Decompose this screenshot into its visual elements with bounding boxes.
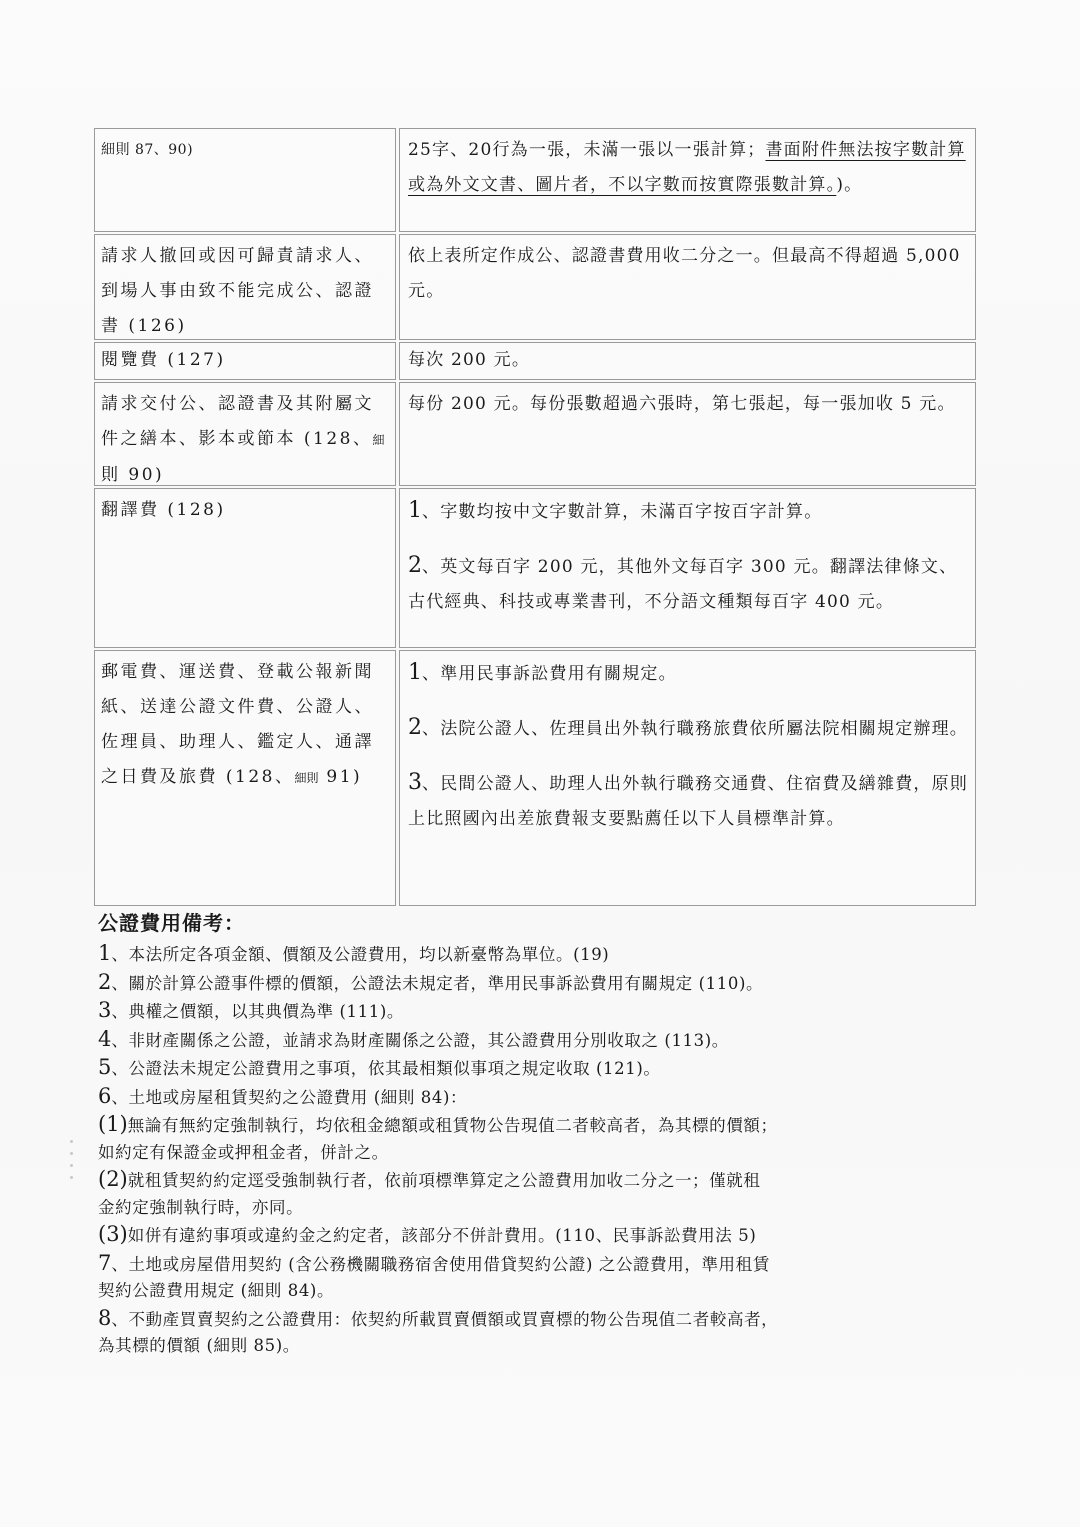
fee-item-label: 翻譯費 (128) [101,493,389,528]
fee-item-label: 細則 87、90) [101,133,389,168]
fee-description: 依上表所定作成公、認證書費用收二分之一。但最高不得超過 5,000 元。 [408,239,969,309]
remark-subline: (2)就租賃契約約定逕受強制執行者，依前項標準算定之公證費用加收二分之一；僅就租 [98,1166,978,1195]
remark-line: 1、本法所定各項金額、價額及公證費用，均以新臺幣為單位。(19) [98,940,978,969]
fee-description: 每次 200 元。 [408,343,969,378]
fee-item-label: 請求交付公、認證書及其附屬文件之繕本、影本或節本 (128、細則 90) [101,387,389,493]
scan-artifact [70,1140,73,1143]
scan-artifact [70,1152,73,1155]
table-row: 請求交付公、認證書及其附屬文件之繕本、影本或節本 (128、細則 90) 每份 … [94,382,976,486]
fee-clause: 1、字數均按中文字數計算，未滿百字按百字計算。 [408,493,969,530]
notary-fee-table: 細則 87、90) 25字、20行為一張，未滿一張以一張計算；書面附件無法按字數… [94,128,976,908]
fee-description: 每份 200 元。每份張數超過六張時，第七張起，每一張加收 5 元。 [408,387,969,422]
fee-item-label: 請求人撤回或因可歸責請求人、到場人事由致不能完成公、認證書 (126) [101,239,389,344]
fee-description: 1、準用民事訴訟費用有關規定。 2、法院公證人、佐理員出外執行職務旅費依所屬法院… [408,655,969,837]
remark-subline: (3)如併有違約事項或違約金之約定者，該部分不併計費用。(110、民事訴訟費用法… [98,1221,978,1250]
fee-description-cell: 依上表所定作成公、認證書費用收二分之一。但最高不得超過 5,000 元。 [399,234,976,340]
scan-artifact [70,1164,73,1167]
fee-remarks-section: 公證費用備考： 1、本法所定各項金額、價額及公證費用，均以新臺幣為單位。(19)… [98,908,978,1360]
fee-clause: 1、準用民事訴訟費用有關規定。 [408,655,969,692]
fee-clause: 2、法院公證人、佐理員出外執行職務旅費依所屬法院相關規定辦理。 [408,710,969,747]
table-row: 翻譯費 (128) 1、字數均按中文字數計算，未滿百字按百字計算。 2、英文每百… [94,488,976,648]
fee-item-cell: 請求人撤回或因可歸責請求人、到場人事由致不能完成公、認證書 (126) [94,234,396,340]
remark-line: 2、關於計算公證事件標的價額，公證法未規定者，準用民事訴訟費用有關規定 (110… [98,969,978,998]
remark-line: 7、土地或房屋借用契約 (含公務機關職務宿舍使用借貸契約公證) 之公證費用，準用… [98,1250,978,1279]
remark-continuation: 為其標的價額 (細則 85)。 [98,1333,978,1360]
fee-item-cell: 翻譯費 (128) [94,488,396,648]
fee-description: 1、字數均按中文字數計算，未滿百字按百字計算。 2、英文每百字 200 元，其他… [408,493,969,620]
remark-continuation: 金約定強制執行時，亦同。 [98,1195,978,1222]
fee-description: 25字、20行為一張，未滿一張以一張計算；書面附件無法按字數計算或為外文文書、圖… [408,133,969,203]
remark-line: 6、土地或房屋租賃契約之公證費用 (細則 84)： [98,1083,978,1112]
fee-description-cell: 25字、20行為一張，未滿一張以一張計算；書面附件無法按字數計算或為外文文書、圖… [399,128,976,232]
fee-description-cell: 1、字數均按中文字數計算，未滿百字按百字計算。 2、英文每百字 200 元，其他… [399,488,976,648]
table-row: 請求人撤回或因可歸責請求人、到場人事由致不能完成公、認證書 (126) 依上表所… [94,234,976,340]
fee-clause: 2、英文每百字 200 元，其他外文每百字 300 元。翻譯法律條文、古代經典、… [408,548,969,620]
fee-item-cell: 細則 87、90) [94,128,396,232]
table-row: 郵電費、運送費、登載公報新聞紙、送達公證文件費、公證人、佐理員、助理人、鑑定人、… [94,650,976,906]
fee-description-cell: 每份 200 元。每份張數超過六張時，第七張起，每一張加收 5 元。 [399,382,976,486]
fee-item-label: 郵電費、運送費、登載公報新聞紙、送達公證文件費、公證人、佐理員、助理人、鑑定人、… [101,655,389,796]
fee-description-cell: 每次 200 元。 [399,342,976,380]
fee-description-cell: 1、準用民事訴訟費用有關規定。 2、法院公證人、佐理員出外執行職務旅費依所屬法院… [399,650,976,906]
remark-line: 5、公證法未規定公證費用之事項，依其最相類似事項之規定收取 (121)。 [98,1054,978,1083]
table-row: 細則 87、90) 25字、20行為一張，未滿一張以一張計算；書面附件無法按字數… [94,128,976,232]
remark-line: 4、非財產關係之公證，並請求為財產關係之公證，其公證費用分別收取之 (113)。 [98,1026,978,1055]
table-row: 閱覽費 (127) 每次 200 元。 [94,342,976,380]
fee-item-cell: 郵電費、運送費、登載公報新聞紙、送達公證文件費、公證人、佐理員、助理人、鑑定人、… [94,650,396,906]
fee-item-cell: 閱覽費 (127) [94,342,396,380]
fee-item-label: 閱覽費 (127) [101,343,389,378]
remark-continuation: 契約公證費用規定 (細則 84)。 [98,1278,978,1305]
fee-item-cell: 請求交付公、認證書及其附屬文件之繕本、影本或節本 (128、細則 90) [94,382,396,486]
fee-clause: 3、民間公證人、助理人出外執行職務交通費、住宿費及繕雜費，原則上比照國內出差旅費… [408,765,969,837]
remark-line: 3、典權之價額，以其典價為準 (111)。 [98,997,978,1026]
scan-artifact [70,1176,73,1179]
remark-continuation: 如約定有保證金或押租金者，併計之。 [98,1140,978,1167]
remark-subline: (1)無論有無約定強制執行，均依租金總額或租賃物公告現值二者較高者，為其標的價額… [98,1111,978,1140]
remark-line: 8、不動產買賣契約之公證費用：依契約所載買賣價額或買賣標的物公告現值二者較高者， [98,1305,978,1334]
remarks-heading: 公證費用備考： [98,908,978,938]
